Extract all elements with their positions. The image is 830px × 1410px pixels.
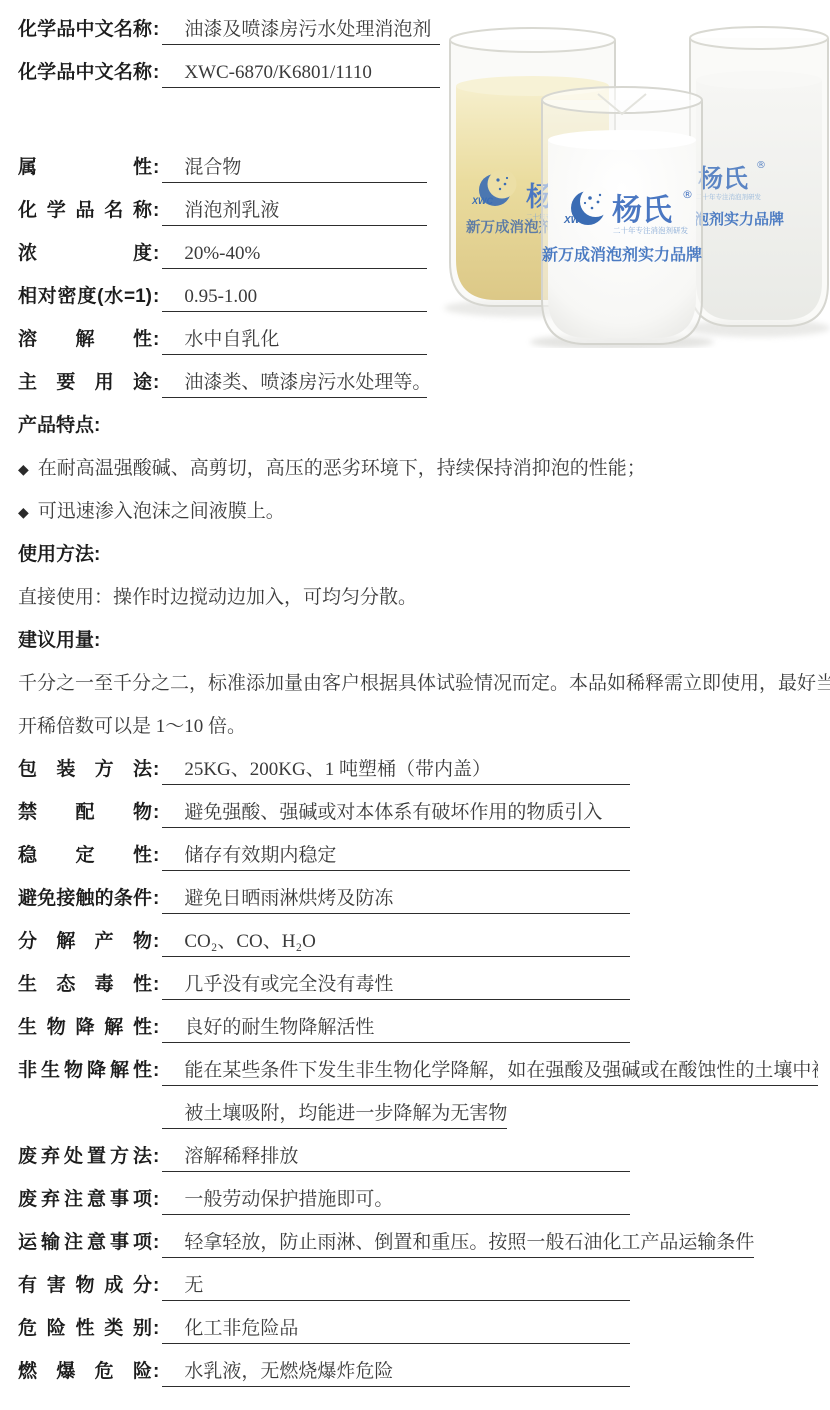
field-label: 相对密度(水=1): bbox=[18, 281, 162, 308]
dosage-line: 开稀倍数可以是 1～10 倍。 bbox=[18, 711, 818, 737]
field-value-underlined: 25KG、200KG、1 吨塑桶（带内盖） bbox=[162, 754, 630, 785]
field-label: 废弃处置方法: bbox=[18, 1141, 162, 1168]
diamond-bullet-icon: ◆ bbox=[18, 463, 29, 478]
beaker-middle: XWC 杨氏 ® 二十年专注消泡剂研发 新万成消泡剂实力品牌 bbox=[542, 87, 702, 344]
field-row-stability: 稳定性: 储存有效期内稳定 bbox=[18, 840, 818, 866]
field-value-underlined: 水中自乳化 bbox=[162, 324, 427, 355]
field-row-decomposition-products: 分解产物: CO₂、CO、H₂O bbox=[18, 926, 818, 952]
tagline-right-text: 泡剂实力品牌 bbox=[694, 210, 784, 228]
field-value-underlined: 消泡剂乳液 bbox=[162, 195, 427, 226]
field-row-disposal-method: 废弃处置方法: 溶解稀释排放 bbox=[18, 1141, 818, 1167]
field-label: 危险性类别: bbox=[18, 1313, 162, 1340]
registered-mark: ® bbox=[682, 188, 693, 201]
field-label: 溶解性: bbox=[18, 324, 162, 351]
beaker-right: 杨氏 ® 二十年专注消泡剂研发 泡剂实力品牌 bbox=[690, 27, 828, 326]
field-row-biodegradability: 生物降解性: 良好的耐生物降解活性 bbox=[18, 1012, 818, 1038]
field-label-spacer: : bbox=[18, 1103, 162, 1125]
field-row-abiotic-degradability: 非生物降解性: 能在某些条件下发生非生物化学降解，如在强酸及强碱或在酸蚀性的土壤… bbox=[18, 1055, 818, 1081]
field-value-underlined: CO₂、CO、H₂O bbox=[162, 926, 630, 957]
field-row-disposal-precautions: 废弃注意事项: 一般劳动保护措施即可。 bbox=[18, 1184, 818, 1210]
field-value-underlined: 化工非危险品 bbox=[162, 1313, 630, 1344]
field-value-underlined: 一般劳动保护措施即可。 bbox=[162, 1184, 630, 1215]
field-label: 化学品中文名称: bbox=[18, 14, 162, 41]
field-label: 生物降解性: bbox=[18, 1012, 162, 1039]
field-label: 废弃注意事项: bbox=[18, 1184, 162, 1211]
field-label: 燃爆危险: bbox=[18, 1356, 162, 1383]
field-label: 包装方法: bbox=[18, 754, 162, 781]
field-value-underlined: 溶解稀释排放 bbox=[162, 1141, 630, 1172]
section-heading-usage: 使用方法: bbox=[18, 539, 818, 565]
xwc-logo-text: XWC bbox=[471, 196, 493, 206]
feature-bullet: ◆在耐高温强酸碱、高剪切，高压的恶劣环境下，持续保持消抑泡的性能； bbox=[18, 453, 818, 479]
field-label: 浓度: bbox=[18, 238, 162, 265]
brand-text: 杨氏 bbox=[612, 193, 673, 228]
field-value-underlined: 油漆及喷漆房污水处理消泡剂 bbox=[162, 14, 440, 45]
field-value-underlined: 被土壤吸附，均能进一步降解为无害物质。 bbox=[162, 1098, 507, 1129]
section-heading-features: 产品特点: bbox=[18, 410, 818, 436]
field-value-underlined: 混合物 bbox=[162, 152, 427, 183]
field-label: 稳定性: bbox=[18, 840, 162, 867]
field-value-underlined: 20%-40% bbox=[162, 243, 427, 269]
field-value-underlined: 能在某些条件下发生非生物化学降解，如在强酸及强碱或在酸蚀性的土壤中被分解，可 bbox=[162, 1055, 818, 1086]
tagline-center-text: 新万成消泡剂实力品牌 bbox=[542, 245, 702, 264]
field-row-harmful-ingredients: 有害物成分: 无 bbox=[18, 1270, 818, 1296]
field-label: 禁配物: bbox=[18, 797, 162, 824]
dosage-line: 千分之一至千分之二，标准添加量由客户根据具体试验情况而定。本品如稀释需立即使用，… bbox=[18, 668, 818, 694]
field-label: 运输注意事项: bbox=[18, 1227, 162, 1254]
registered-mark: ® bbox=[756, 160, 766, 171]
field-row-transport-precautions: 运输注意事项: 轻拿轻放，防止雨淋、倒置和重压。按照一般石油化工产品运输条件运输… bbox=[18, 1227, 818, 1253]
tagline-left-text: 新万成消泡剂 bbox=[466, 218, 553, 236]
product-photo-beakers: XWC 杨氏 二十年专注消泡剂研发 新万成消泡剂 杨氏 ® 二十年专注消泡剂研发… bbox=[438, 8, 830, 348]
feature-text: 可迅速渗入泡沫之间液膜上。 bbox=[38, 501, 285, 522]
field-label: 避免接触的条件: bbox=[18, 883, 162, 910]
field-row-explosion-hazard: 燃爆危险: 水乳液，无燃烧爆炸危险 bbox=[18, 1356, 818, 1382]
field-label: 生态毒性: bbox=[18, 969, 162, 996]
field-row-packing: 包装方法: 25KG、200KG、1 吨塑桶（带内盖） bbox=[18, 754, 818, 780]
section-heading-dosage: 建议用量: bbox=[18, 625, 818, 651]
field-label: 主要用途: bbox=[18, 367, 162, 394]
field-value-underlined: 无 bbox=[162, 1270, 630, 1301]
field-row-abiotic-degradability-cont: : 被土壤吸附，均能进一步降解为无害物质。 bbox=[18, 1098, 818, 1124]
brand-text: 杨氏 bbox=[698, 164, 749, 193]
slogan-small-text: 二十年专注消泡剂研发 bbox=[613, 225, 688, 235]
field-value-underlined: 水乳液，无燃烧爆炸危险 bbox=[162, 1356, 630, 1387]
field-value-underlined: 轻拿轻放，防止雨淋、倒置和重压。按照一般石油化工产品运输条件运输。 bbox=[162, 1227, 754, 1258]
field-value-underlined: 避免日晒雨淋烘烤及防冻 bbox=[162, 883, 630, 914]
feature-text: 在耐高温强酸碱、高剪切，高压的恶劣环境下，持续保持消抑泡的性能； bbox=[38, 458, 646, 479]
field-label: 非生物降解性: bbox=[18, 1055, 162, 1082]
field-label: 属性: bbox=[18, 152, 162, 179]
field-row-ecotoxicity: 生态毒性: 几乎没有或完全没有毒性 bbox=[18, 969, 818, 995]
field-row-main-use: 主要用途: 油漆类、喷漆房污水处理等。 bbox=[18, 367, 818, 393]
field-value-underlined: 避免强酸、强碱或对本体系有破坏作用的物质引入 bbox=[162, 797, 630, 828]
diamond-bullet-icon: ◆ bbox=[18, 506, 29, 521]
field-row-incompatibles: 禁配物: 避免强酸、强碱或对本体系有破坏作用的物质引入 bbox=[18, 797, 818, 823]
usage-text: 直接使用：操作时边搅动边加入，可均匀分散。 bbox=[18, 582, 818, 608]
field-row-conditions-to-avoid: 避免接触的条件: 避免日晒雨淋烘烤及防冻 bbox=[18, 883, 818, 909]
field-label: 化学品中文名称: bbox=[18, 57, 162, 84]
field-value-underlined: 储存有效期内稳定 bbox=[162, 840, 630, 871]
liquid-white bbox=[548, 140, 696, 338]
field-label: 分解产物: bbox=[18, 926, 162, 953]
field-value-underlined: 油漆类、喷漆房污水处理等。 bbox=[162, 367, 427, 398]
field-value-underlined: 0.95-1.00 bbox=[162, 286, 427, 312]
field-label: 有害物成分: bbox=[18, 1270, 162, 1297]
slogan-small-text: 二十年专注消泡剂研发 bbox=[696, 192, 762, 201]
xwc-logo-text: XWC bbox=[563, 215, 588, 226]
feature-bullet: ◆可迅速渗入泡沫之间液膜上。 bbox=[18, 496, 818, 522]
field-label: 化学品名称: bbox=[18, 195, 162, 222]
field-value-underlined: 几乎没有或完全没有毒性 bbox=[162, 969, 630, 1000]
field-value-underlined: 良好的耐生物降解活性 bbox=[162, 1012, 630, 1043]
field-value-underlined: XWC-6870/K6801/1110 bbox=[162, 62, 440, 88]
field-row-hazard-class: 危险性类别: 化工非危险品 bbox=[18, 1313, 818, 1339]
